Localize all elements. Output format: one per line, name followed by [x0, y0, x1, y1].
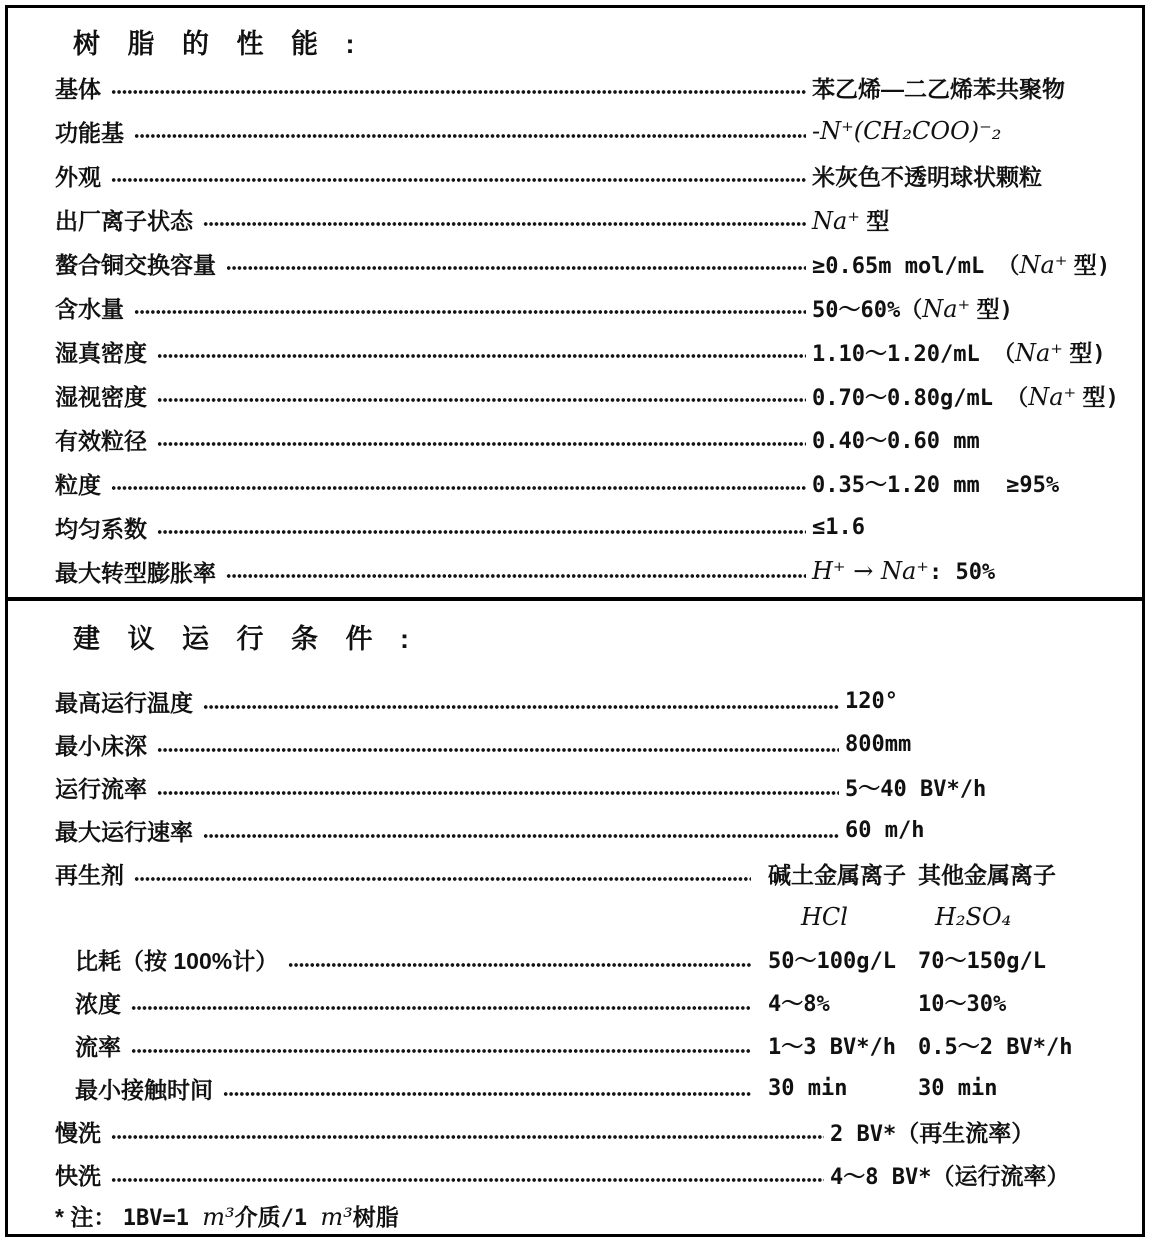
spec-value: 4～8 BV*（运行流率）	[830, 1158, 1069, 1191]
dot-leader	[111, 89, 806, 95]
dot-leader	[134, 309, 806, 315]
value-segment: 0.70～0.80g/mL （	[812, 381, 1028, 412]
spec-row-copper-capacity: 螯合铜交换容量 ≥0.65m mol/mL （Na⁺ 型)	[55, 241, 1128, 285]
section-title-operating: 建 议 运 行 条 件 :	[73, 617, 1128, 656]
value-segment: )	[1092, 342, 1105, 367]
value-segment: 0.35～1.20 mm ≥95%	[812, 468, 1059, 499]
dot-leader	[157, 441, 806, 447]
value-segment: /1	[281, 1206, 321, 1231]
value-segment: m³	[320, 1203, 352, 1231]
value-segment: 型	[1076, 379, 1105, 412]
value-segment: Na⁺	[1028, 383, 1076, 411]
spec-value: 800mm	[845, 732, 911, 757]
footnote-row: * 注： 1BV=1 m³介质/1 m³树脂	[55, 1196, 1128, 1234]
value-segment: 2 BV*	[830, 1122, 896, 1147]
value-segment: H⁺ → Na⁺	[812, 557, 929, 585]
dot-leader	[288, 962, 751, 968]
spec-value: 米灰色不透明球状颗粒	[812, 159, 1042, 192]
regenerant-column-2: 其他金属离子	[918, 857, 1056, 890]
dot-leader	[203, 833, 839, 839]
spec-label: 有效粒径	[55, 423, 147, 456]
acid-hcl-label: HCl	[801, 903, 935, 931]
section-title-performance: 树 脂 的 性 能 :	[73, 22, 1128, 61]
value-segment: 型	[970, 291, 999, 324]
spec-label: 快洗	[55, 1158, 101, 1191]
value-segment: 30 min	[918, 1076, 997, 1101]
dot-leader	[157, 397, 806, 403]
value-segment: Na⁺	[922, 295, 970, 323]
spec-value-hcl: 1～3 BV*/h	[768, 1030, 918, 1061]
spec-label: 最高运行温度	[55, 685, 193, 718]
datasheet-page: 树 脂 的 性 能 : 基体 苯乙烯—二乙烯苯共聚物 功能基 -N⁺(CH₂CO…	[0, 0, 1162, 1244]
spec-row-min-bed-depth: 最小床深 800mm	[55, 723, 1128, 766]
value-segment: 120°	[845, 689, 898, 714]
value-segment: : 50%	[929, 560, 995, 585]
spec-value: ≥0.65m mol/mL （Na⁺ 型)	[812, 247, 1110, 280]
spec-value-hcl: 50～100g/L	[768, 944, 918, 975]
spec-value: ≤1.6	[812, 515, 865, 540]
dot-leader	[226, 265, 806, 271]
spec-value: 苯乙烯—二乙烯苯共聚物	[812, 71, 1065, 104]
spec-value: 1.10～1.20/mL （Na⁺ 型)	[812, 335, 1106, 368]
spec-label: 流率	[75, 1029, 121, 1062]
spec-row-matrix: 基体 苯乙烯—二乙烯苯共聚物	[55, 65, 1128, 109]
spec-row-uniformity: 均匀系数 ≤1.6	[55, 505, 1128, 549]
dot-leader	[134, 133, 806, 139]
value-segment: 树脂	[353, 1199, 399, 1232]
dot-leader	[131, 1005, 751, 1011]
spec-label: 比耗（按 100%计）	[75, 943, 278, 976]
spec-value: 0.40～0.60 mm	[812, 424, 980, 455]
regenerant-column-1: 碱土金属离子	[768, 857, 918, 890]
acid-h2so4-label: H₂SO₄	[935, 903, 1011, 931]
spec-row-min-contact-time: 最小接触时间 30 min 30 min	[55, 1067, 1128, 1110]
spec-value: 2 BV*（再生流率）	[830, 1115, 1034, 1148]
value-segment: 1.10～1.20/mL （	[812, 337, 1015, 368]
dot-leader	[157, 529, 806, 535]
spec-row-specific-consumption: 比耗（按 100%计） 50～100g/L 70～150g/L	[55, 938, 1128, 981]
spec-row-concentration: 浓度 4～8% 10～30%	[55, 981, 1128, 1024]
spec-label: 湿视密度	[55, 379, 147, 412]
value-segment: 800mm	[845, 732, 911, 757]
spec-label: 慢洗	[55, 1115, 101, 1148]
resin-performance-section: 树 脂 的 性 能 : 基体 苯乙烯—二乙烯苯共聚物 功能基 -N⁺(CH₂CO…	[8, 8, 1142, 597]
spec-value-h2so4: 10～30%	[918, 987, 1006, 1018]
value-segment: （运行流率）	[931, 1158, 1069, 1191]
value-segment: Na⁺	[1015, 339, 1063, 367]
spec-row-regenerant: 再生剂 碱土金属离子 其他金属离子	[55, 852, 1128, 895]
spec-label: 运行流率	[55, 771, 147, 804]
spec-value: 60 m/h	[845, 818, 924, 843]
spec-label: 基体	[55, 71, 101, 104]
value-segment: 米灰色不透明球状颗粒	[812, 159, 1042, 192]
spec-row-effective-size: 有效粒径 0.40～0.60 mm	[55, 417, 1128, 461]
spec-value: 5～40 BV*/h	[845, 772, 986, 803]
value-segment: )	[1106, 386, 1119, 411]
acid-header-row: HCl H₂SO₄	[55, 895, 1128, 938]
spec-label: 浓度	[75, 986, 121, 1019]
value-segment: )	[1000, 298, 1013, 323]
value-segment: 50～60%（	[812, 293, 922, 324]
spec-value-hcl: 30 min	[768, 1076, 918, 1101]
spec-value: 0.70～0.80g/mL （Na⁺ 型)	[812, 379, 1119, 412]
value-segment: 70～150g/L	[918, 944, 1046, 975]
dot-leader	[157, 353, 806, 359]
spec-label: 再生剂	[55, 857, 124, 890]
dot-leader	[157, 747, 839, 753]
value-segment: 4～8 BV*	[830, 1160, 931, 1191]
spec-value-hcl: 4～8%	[768, 987, 918, 1018]
spec-label: 最小床深	[55, 728, 147, 761]
spec-value: H⁺ → Na⁺: 50%	[812, 557, 995, 585]
document-frame: 树 脂 的 性 能 : 基体 苯乙烯—二乙烯苯共聚物 功能基 -N⁺(CH₂CO…	[5, 5, 1145, 1237]
dot-leader	[131, 1048, 751, 1054]
spec-label: 均匀系数	[55, 511, 147, 544]
value-segment: Na⁺	[812, 207, 860, 235]
spec-value-h2so4: 30 min	[918, 1076, 997, 1101]
spec-row-fast-rinse: 快洗 4～8 BV*（运行流率）	[55, 1153, 1128, 1196]
spec-row-particle-size: 粒度 0.35～1.20 mm ≥95%	[55, 461, 1128, 505]
spec-value: 120°	[845, 689, 898, 714]
spec-label: 外观	[55, 159, 101, 192]
dot-leader	[223, 1091, 751, 1097]
value-segment: 4～8%	[768, 987, 830, 1018]
value-segment: ≤1.6	[812, 515, 865, 540]
value-segment: 1BV=1	[123, 1206, 202, 1231]
spec-row-regen-flow: 流率 1～3 BV*/h 0.5～2 BV*/h	[55, 1024, 1128, 1067]
spec-label: 功能基	[55, 115, 124, 148]
spec-row-service-flow: 运行流率 5～40 BV*/h	[55, 766, 1128, 809]
dot-leader	[111, 177, 806, 183]
spec-row-ionic-form: 出厂离子状态 Na⁺ 型	[55, 197, 1128, 241]
spec-row-apparent-density: 湿视密度 0.70～0.80g/mL （Na⁺ 型)	[55, 373, 1128, 417]
dot-leader	[226, 573, 806, 579]
value-segment: 5～40 BV*/h	[845, 772, 986, 803]
value-segment: * 注：	[55, 1199, 123, 1232]
spec-row-swelling: 最大转型膨胀率 H⁺ → Na⁺: 50%	[55, 549, 1128, 593]
spec-row-functional-group: 功能基 -N⁺(CH₂COO)⁻₂	[55, 109, 1128, 153]
value-segment: 型	[860, 203, 889, 236]
spec-label: 螯合铜交换容量	[55, 247, 216, 280]
value-segment: ≥0.65m mol/mL （	[812, 249, 1019, 280]
value-segment: 30 min	[768, 1076, 847, 1101]
spec-value-h2so4: 70～150g/L	[918, 944, 1046, 975]
value-segment: Na⁺	[1019, 251, 1067, 279]
value-segment: )	[1097, 254, 1110, 279]
dot-leader	[157, 790, 839, 796]
spec-label: 最大转型膨胀率	[55, 555, 216, 588]
value-segment: m³	[202, 1203, 234, 1231]
value-segment: 0.40～0.60 mm	[812, 424, 980, 455]
value-segment: 介质	[235, 1199, 281, 1232]
dot-leader	[111, 1134, 824, 1140]
spec-value: 0.35～1.20 mm ≥95%	[812, 468, 1059, 499]
value-segment: 10～30%	[918, 987, 1006, 1018]
value-segment: -N⁺(CH₂COO)⁻₂	[812, 117, 1001, 145]
spec-label: 最大运行速率	[55, 814, 193, 847]
value-segment: （再生流率）	[896, 1115, 1034, 1148]
spec-value: 50～60%（Na⁺ 型)	[812, 291, 1013, 324]
dot-leader	[203, 704, 839, 710]
value-segment: 0.5～2 BV*/h	[918, 1030, 1072, 1061]
spec-row-appearance: 外观 米灰色不透明球状颗粒	[55, 153, 1128, 197]
value-segment: 1～3 BV*/h	[768, 1030, 896, 1061]
footnote-text: * 注： 1BV=1 m³介质/1 m³树脂	[55, 1199, 399, 1232]
spec-row-max-velocity: 最大运行速率 60 m/h	[55, 809, 1128, 852]
spec-value: Na⁺ 型	[812, 203, 889, 236]
spec-label: 粒度	[55, 467, 101, 500]
dot-leader	[111, 1177, 824, 1183]
dot-leader	[203, 221, 806, 227]
spec-row-moisture: 含水量 50～60%（Na⁺ 型)	[55, 285, 1128, 329]
spec-value-h2so4: 0.5～2 BV*/h	[918, 1030, 1072, 1061]
spec-value: -N⁺(CH₂COO)⁻₂	[812, 117, 1001, 145]
dot-leader	[111, 485, 806, 491]
spec-label: 最小接触时间	[75, 1072, 213, 1105]
spec-label: 含水量	[55, 291, 124, 324]
spec-label: 出厂离子状态	[55, 203, 193, 236]
dot-leader	[134, 876, 751, 882]
spec-label: 湿真密度	[55, 335, 147, 368]
operating-conditions-section: 建 议 运 行 条 件 : 最高运行温度 120° 最小床深 800mm 运行流…	[8, 601, 1142, 1234]
spec-row-slow-rinse: 慢洗 2 BV*（再生流率）	[55, 1110, 1128, 1153]
value-segment: 型	[1067, 247, 1096, 280]
value-segment: 苯乙烯—二乙烯苯共聚物	[812, 71, 1065, 104]
value-segment: 50～100g/L	[768, 944, 896, 975]
spec-row-true-density: 湿真密度 1.10～1.20/mL （Na⁺ 型)	[55, 329, 1128, 373]
spec-row-max-temperature: 最高运行温度 120°	[55, 680, 1128, 723]
value-segment: 型	[1063, 335, 1092, 368]
value-segment: 60 m/h	[845, 818, 924, 843]
